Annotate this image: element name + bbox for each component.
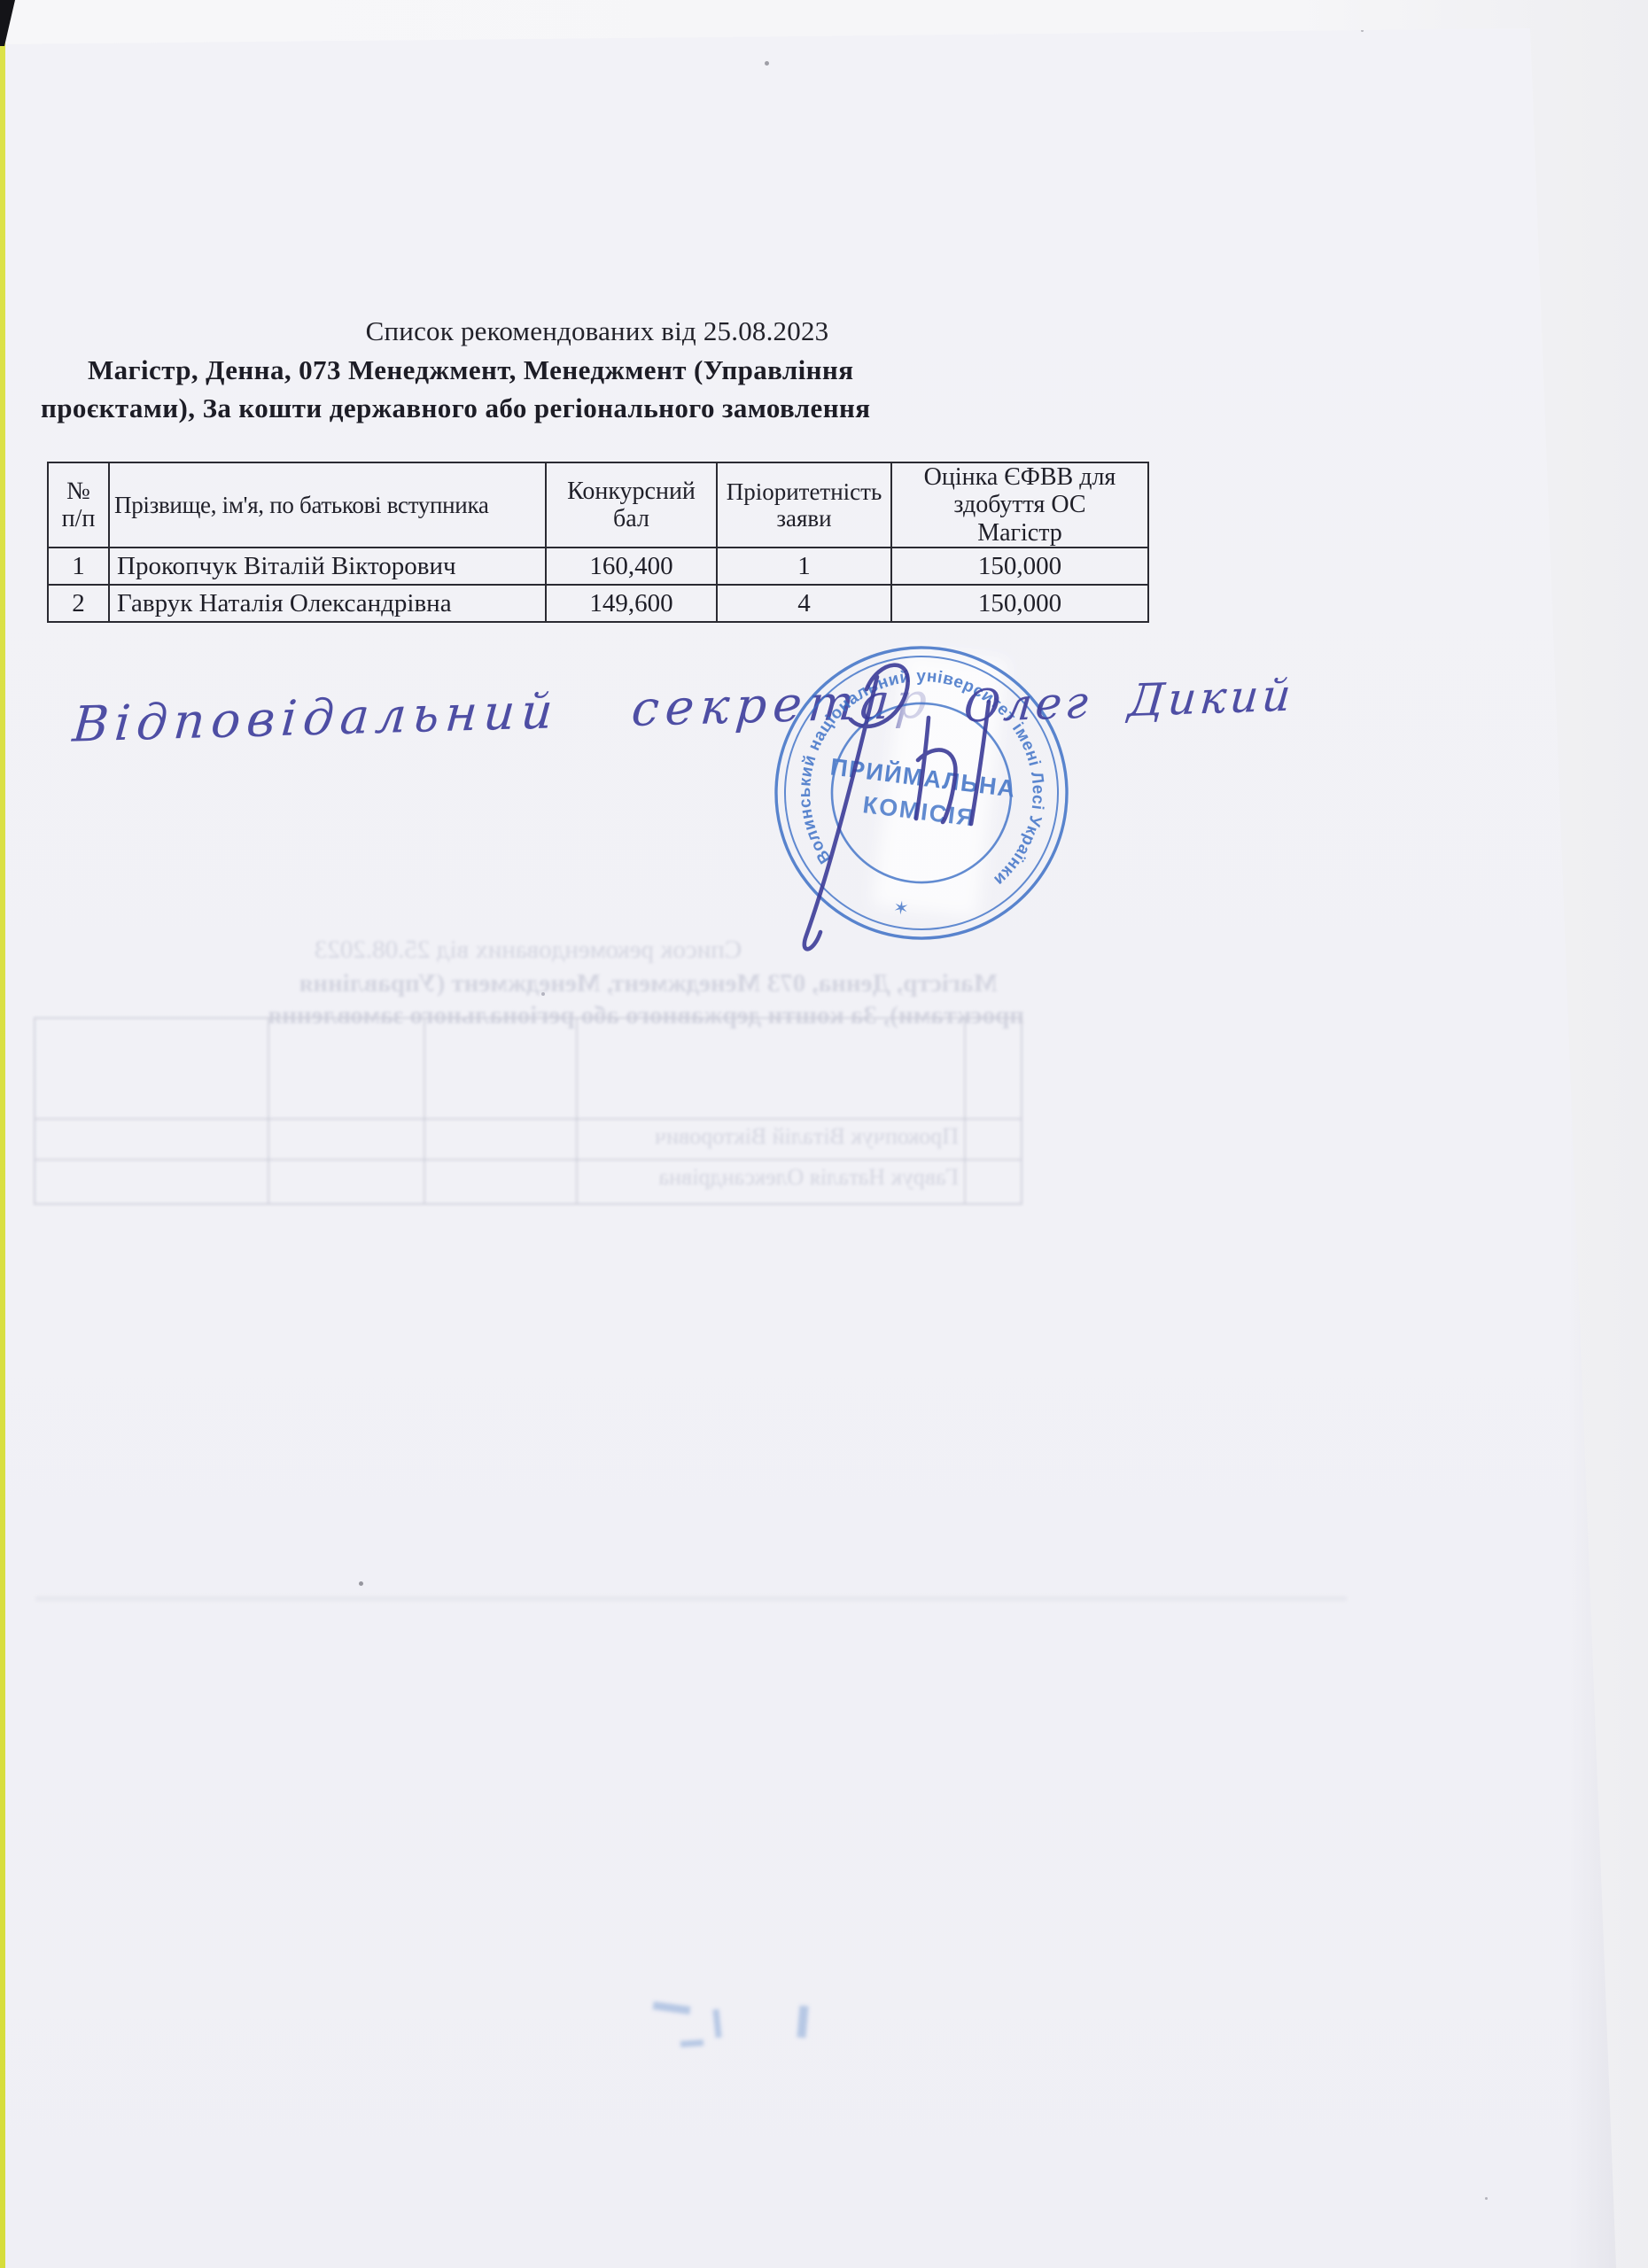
ghost-table-line	[35, 1159, 1021, 1161]
header-priority: Пріоритетність заяви	[717, 462, 891, 548]
cell-score: 149,600	[546, 585, 717, 622]
header-efvv-line3: Магістр	[892, 519, 1147, 547]
dust-speck	[541, 992, 545, 996]
blue-bleed-mark	[712, 2009, 721, 2039]
cell-num: 1	[48, 548, 109, 585]
blue-bleed-mark	[797, 2006, 808, 2039]
ghost-table-line	[964, 1019, 966, 1203]
header-name: Прізвище, ім'я, по батькові вступника	[109, 462, 546, 548]
cell-num: 2	[48, 585, 109, 622]
header-priority-line1: Пріоритетність	[718, 478, 890, 505]
scanned-page: Список рекомендованих від 25.08.2023 Маг…	[0, 0, 1648, 2268]
page-subtitle-line1: Магістр, Денна, 073 Менеджмент, Менеджме…	[88, 354, 853, 386]
cell-name: Гаврук Наталія Олександрівна	[109, 585, 546, 622]
dust-speck	[765, 61, 769, 66]
blue-bleed-mark	[653, 2001, 691, 2015]
header-score-line2: бал	[547, 505, 716, 532]
applicants-table: № п/п Прізвище, ім'я, по батькові вступн…	[47, 462, 1149, 623]
ghost-table-line	[35, 1118, 1021, 1120]
table-row: 2 Гаврук Наталія Олександрівна 149,600 4…	[48, 585, 1148, 622]
header-num-line2: п/п	[49, 505, 108, 532]
header-num-line1: №	[49, 478, 108, 505]
ghost-title: Список рекомендованих від 25.08.2023	[32, 936, 1024, 965]
header-efvv-line2: здобуття ОС	[892, 491, 1147, 518]
header-score-line1: Конкурсний	[547, 478, 716, 505]
dust-speck	[1361, 29, 1364, 32]
table-header-row: № п/п Прізвище, ім'я, по батькові вступн…	[48, 462, 1148, 548]
blue-bleed-mark	[680, 2039, 704, 2047]
page-subtitle-line2: проєктами), За кошти державного або регі…	[41, 392, 870, 424]
header-efvv-line1: Оцінка ЄФВВ для	[892, 463, 1147, 491]
cell-priority: 1	[717, 548, 891, 585]
scan-corner-artifact	[0, 0, 16, 48]
dust-speck	[1485, 2197, 1488, 2200]
cell-priority: 4	[717, 585, 891, 622]
ghost-row: Гаврук Наталія Олександрівна	[658, 1164, 959, 1191]
dust-speck	[1318, 19, 1322, 22]
header-num: № п/п	[48, 462, 109, 548]
page-edge-shade	[1568, 27, 1618, 2268]
page-title: Список рекомендованих від 25.08.2023	[47, 315, 1147, 347]
cell-efvv: 150,000	[891, 585, 1148, 622]
dust-speck	[359, 1581, 363, 1586]
faint-smudge	[35, 1596, 1347, 1601]
header-efvv: Оцінка ЄФВВ для здобуття ОС Магістр	[891, 462, 1148, 548]
ghost-table-line	[576, 1019, 578, 1203]
ghost-row: Прокопчук Віталій Вікторович	[655, 1123, 959, 1150]
cell-name: Прокопчук Віталій Вікторович	[109, 548, 546, 585]
table-row: 1 Прокопчук Віталій Вікторович 160,400 1…	[48, 548, 1148, 585]
header-score: Конкурсний бал	[546, 462, 717, 548]
cell-score: 160,400	[546, 548, 717, 585]
ghost-table-line	[424, 1019, 425, 1203]
ghost-table-line	[268, 1019, 269, 1203]
ghost-subtitle1: Магістр, Денна, 073 Менеджмент, Менеджме…	[58, 969, 998, 998]
scan-edge-strip	[0, 41, 5, 2268]
ghost-table: Прокопчук Віталій Вікторович Гаврук Ната…	[34, 1017, 1022, 1205]
bleed-through-ghost: Список рекомендованих від 25.08.2023 Маг…	[32, 928, 1024, 1212]
header-priority-line2: заяви	[718, 505, 890, 532]
cell-efvv: 150,000	[891, 548, 1148, 585]
